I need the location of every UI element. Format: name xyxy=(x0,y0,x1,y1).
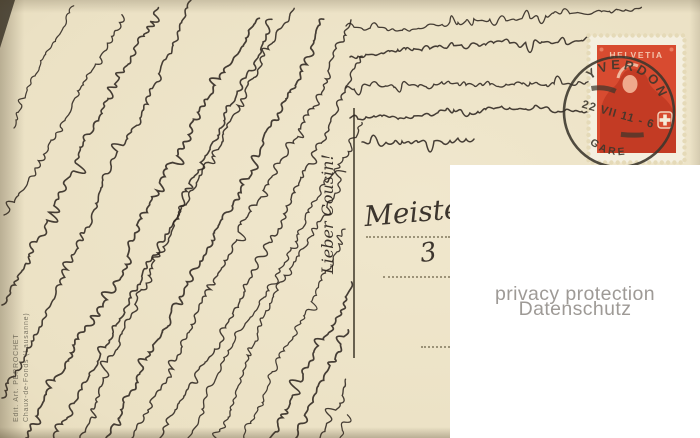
shield-cross-icon xyxy=(660,118,671,122)
postcard-scan: Edit. Art. PERROCHET Chaux-de-Fonds (Lau… xyxy=(0,0,700,438)
stamp-corner-ornament xyxy=(670,48,674,52)
privacy-overlay-line2: Datenschutz xyxy=(519,302,632,316)
stamp-corner-ornament xyxy=(600,48,604,52)
privacy-overlay: privacy protection Datenschutz xyxy=(450,165,700,438)
stamp-figure-face xyxy=(623,75,638,93)
